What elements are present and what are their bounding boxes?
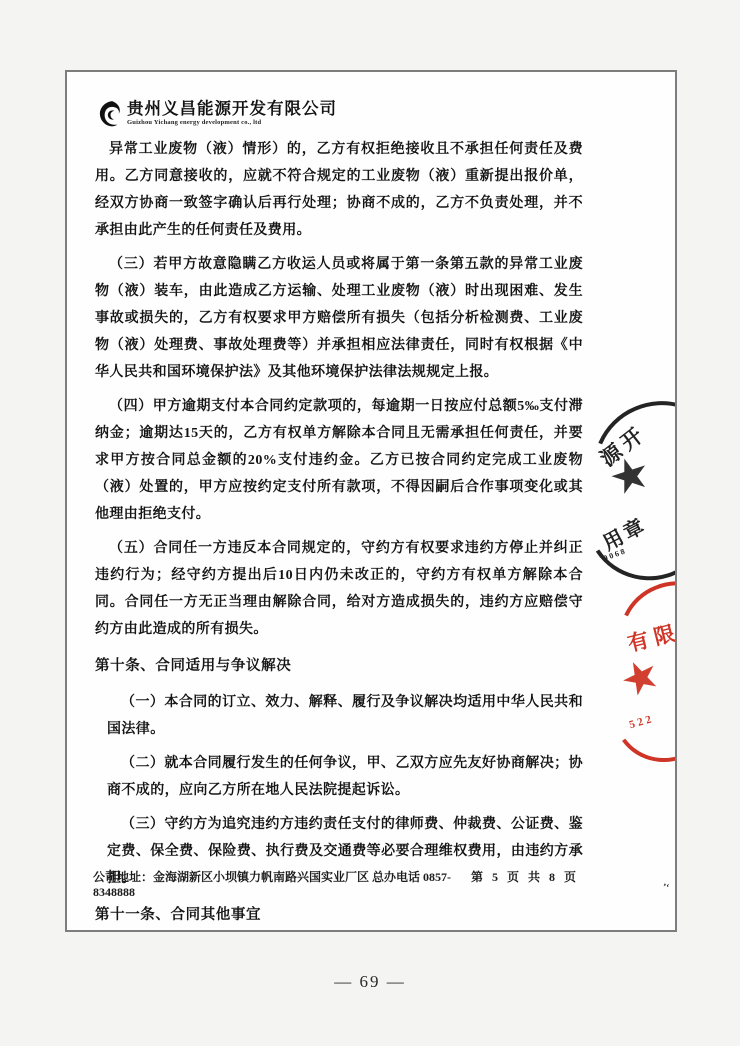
compilation-page-number: — 69 — xyxy=(0,972,740,992)
seal-arc xyxy=(605,658,677,770)
seal-arc xyxy=(574,381,677,544)
seal-text-top: 有限 xyxy=(624,616,677,658)
article-10-heading: 第十条、合同适用与争议解决 xyxy=(95,653,583,680)
clause-continuation-paragraph: 异常工业废物（液）情形）的，乙方有权拒绝接收且不承担任何责任及费用。乙方同意接收… xyxy=(95,136,583,244)
scan-background: 贵州义昌能源开发有限公司 Guizhou Yichang energy deve… xyxy=(0,0,740,1046)
company-logo: 贵州义昌能源开发有限公司 Guizhou Yichang energy deve… xyxy=(97,100,337,130)
document-page: 贵州义昌能源开发有限公司 Guizhou Yichang energy deve… xyxy=(65,70,677,932)
seal-star-icon: ★ xyxy=(603,447,656,503)
footer-pagination: 第 5 页 共 8 页 xyxy=(471,868,579,885)
seal-arc xyxy=(575,457,677,593)
company-name-en: Guizhou Yichang energy development co., … xyxy=(127,119,337,126)
seal-digits: 0068 xyxy=(602,546,628,563)
company-logo-text: 贵州义昌能源开发有限公司 Guizhou Yichang energy deve… xyxy=(127,100,337,126)
clause-item-3: （三）若甲方故意隐瞒乙方收运人员或将属于第一条第五款的异常工业废物（液）装车，由… xyxy=(95,251,583,386)
seal-text-bottom: 用章 xyxy=(597,509,651,556)
official-seal-red: ★ 有限 522 xyxy=(615,600,677,765)
company-logo-icon xyxy=(97,100,123,130)
page-footer: 公司地址：金海湖新区小坝镇力帆南路兴国实业厂区 总办电话 0857-834888… xyxy=(93,868,649,900)
footer-company-address: 公司地址：金海湖新区小坝镇力帆南路兴国实业厂区 总办电话 0857-834888… xyxy=(93,868,471,900)
ink-speck: ’‘ xyxy=(663,884,672,889)
contract-body: 异常工业废物（液）情形）的，乙方有权拒绝接收且不承担任何责任及费用。乙方同意接收… xyxy=(95,136,583,932)
clause-item-5: （五）合同任一方违反本合同规定的，守约方有权要求违约方停止并纠正违约行为；经守约… xyxy=(95,535,583,643)
article-10-item-1: （一）本合同的订立、效力、解释、履行及争议解决均适用中华人民共和国法律。 xyxy=(107,689,583,743)
article-10-item-2: （二）就本合同履行发生的任何争议，甲、乙双方应先友好协商解决；协商不成的，应向乙… xyxy=(107,750,583,804)
article-11-heading: 第十一条、合同其他事宜 xyxy=(95,902,583,929)
seal-digits: 522 xyxy=(628,713,656,732)
official-seal-black: ★ 源开 用章 0068 xyxy=(587,400,677,580)
seal-star-icon: ★ xyxy=(616,655,665,700)
seal-arc xyxy=(604,565,677,699)
clause-item-4: （四）甲方逾期支付本合同约定款项的，每逾期一日按应付总额5‰支付滞纳金；逾期达1… xyxy=(95,393,583,528)
seal-text-top: 源开 xyxy=(593,417,652,473)
company-name-cn: 贵州义昌能源开发有限公司 xyxy=(127,100,337,118)
